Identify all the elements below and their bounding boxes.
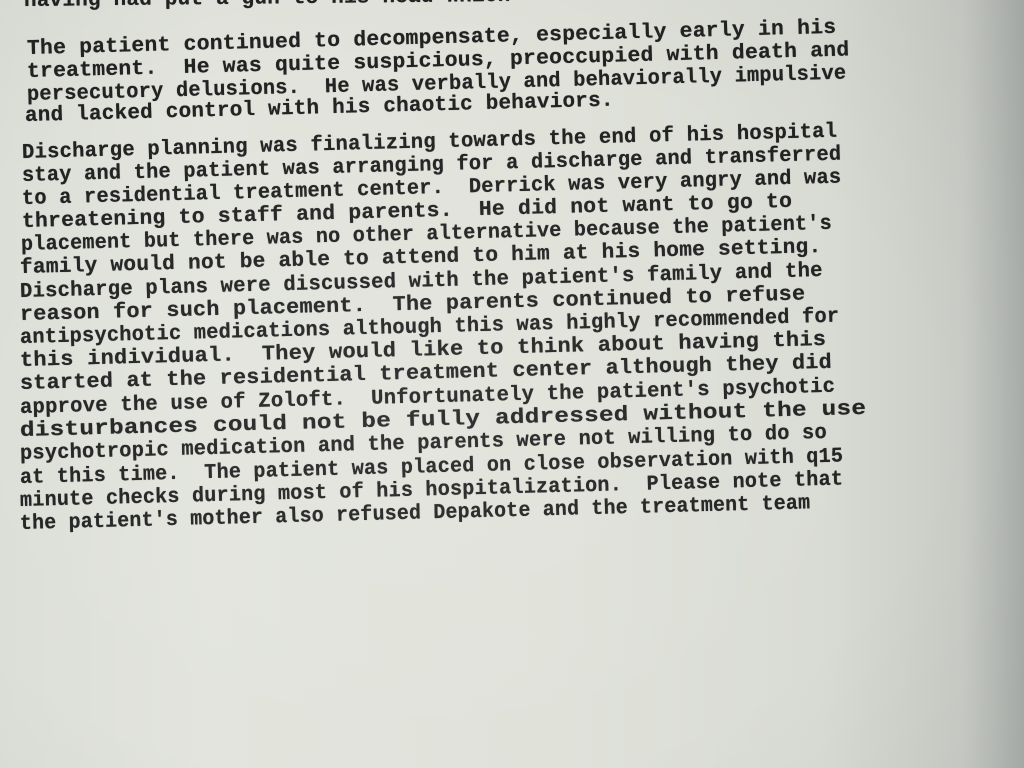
- document-page: having had put a gun to his head which T…: [0, 0, 1024, 768]
- partial-top-line: having had put a gun to his head which: [24, 0, 624, 13]
